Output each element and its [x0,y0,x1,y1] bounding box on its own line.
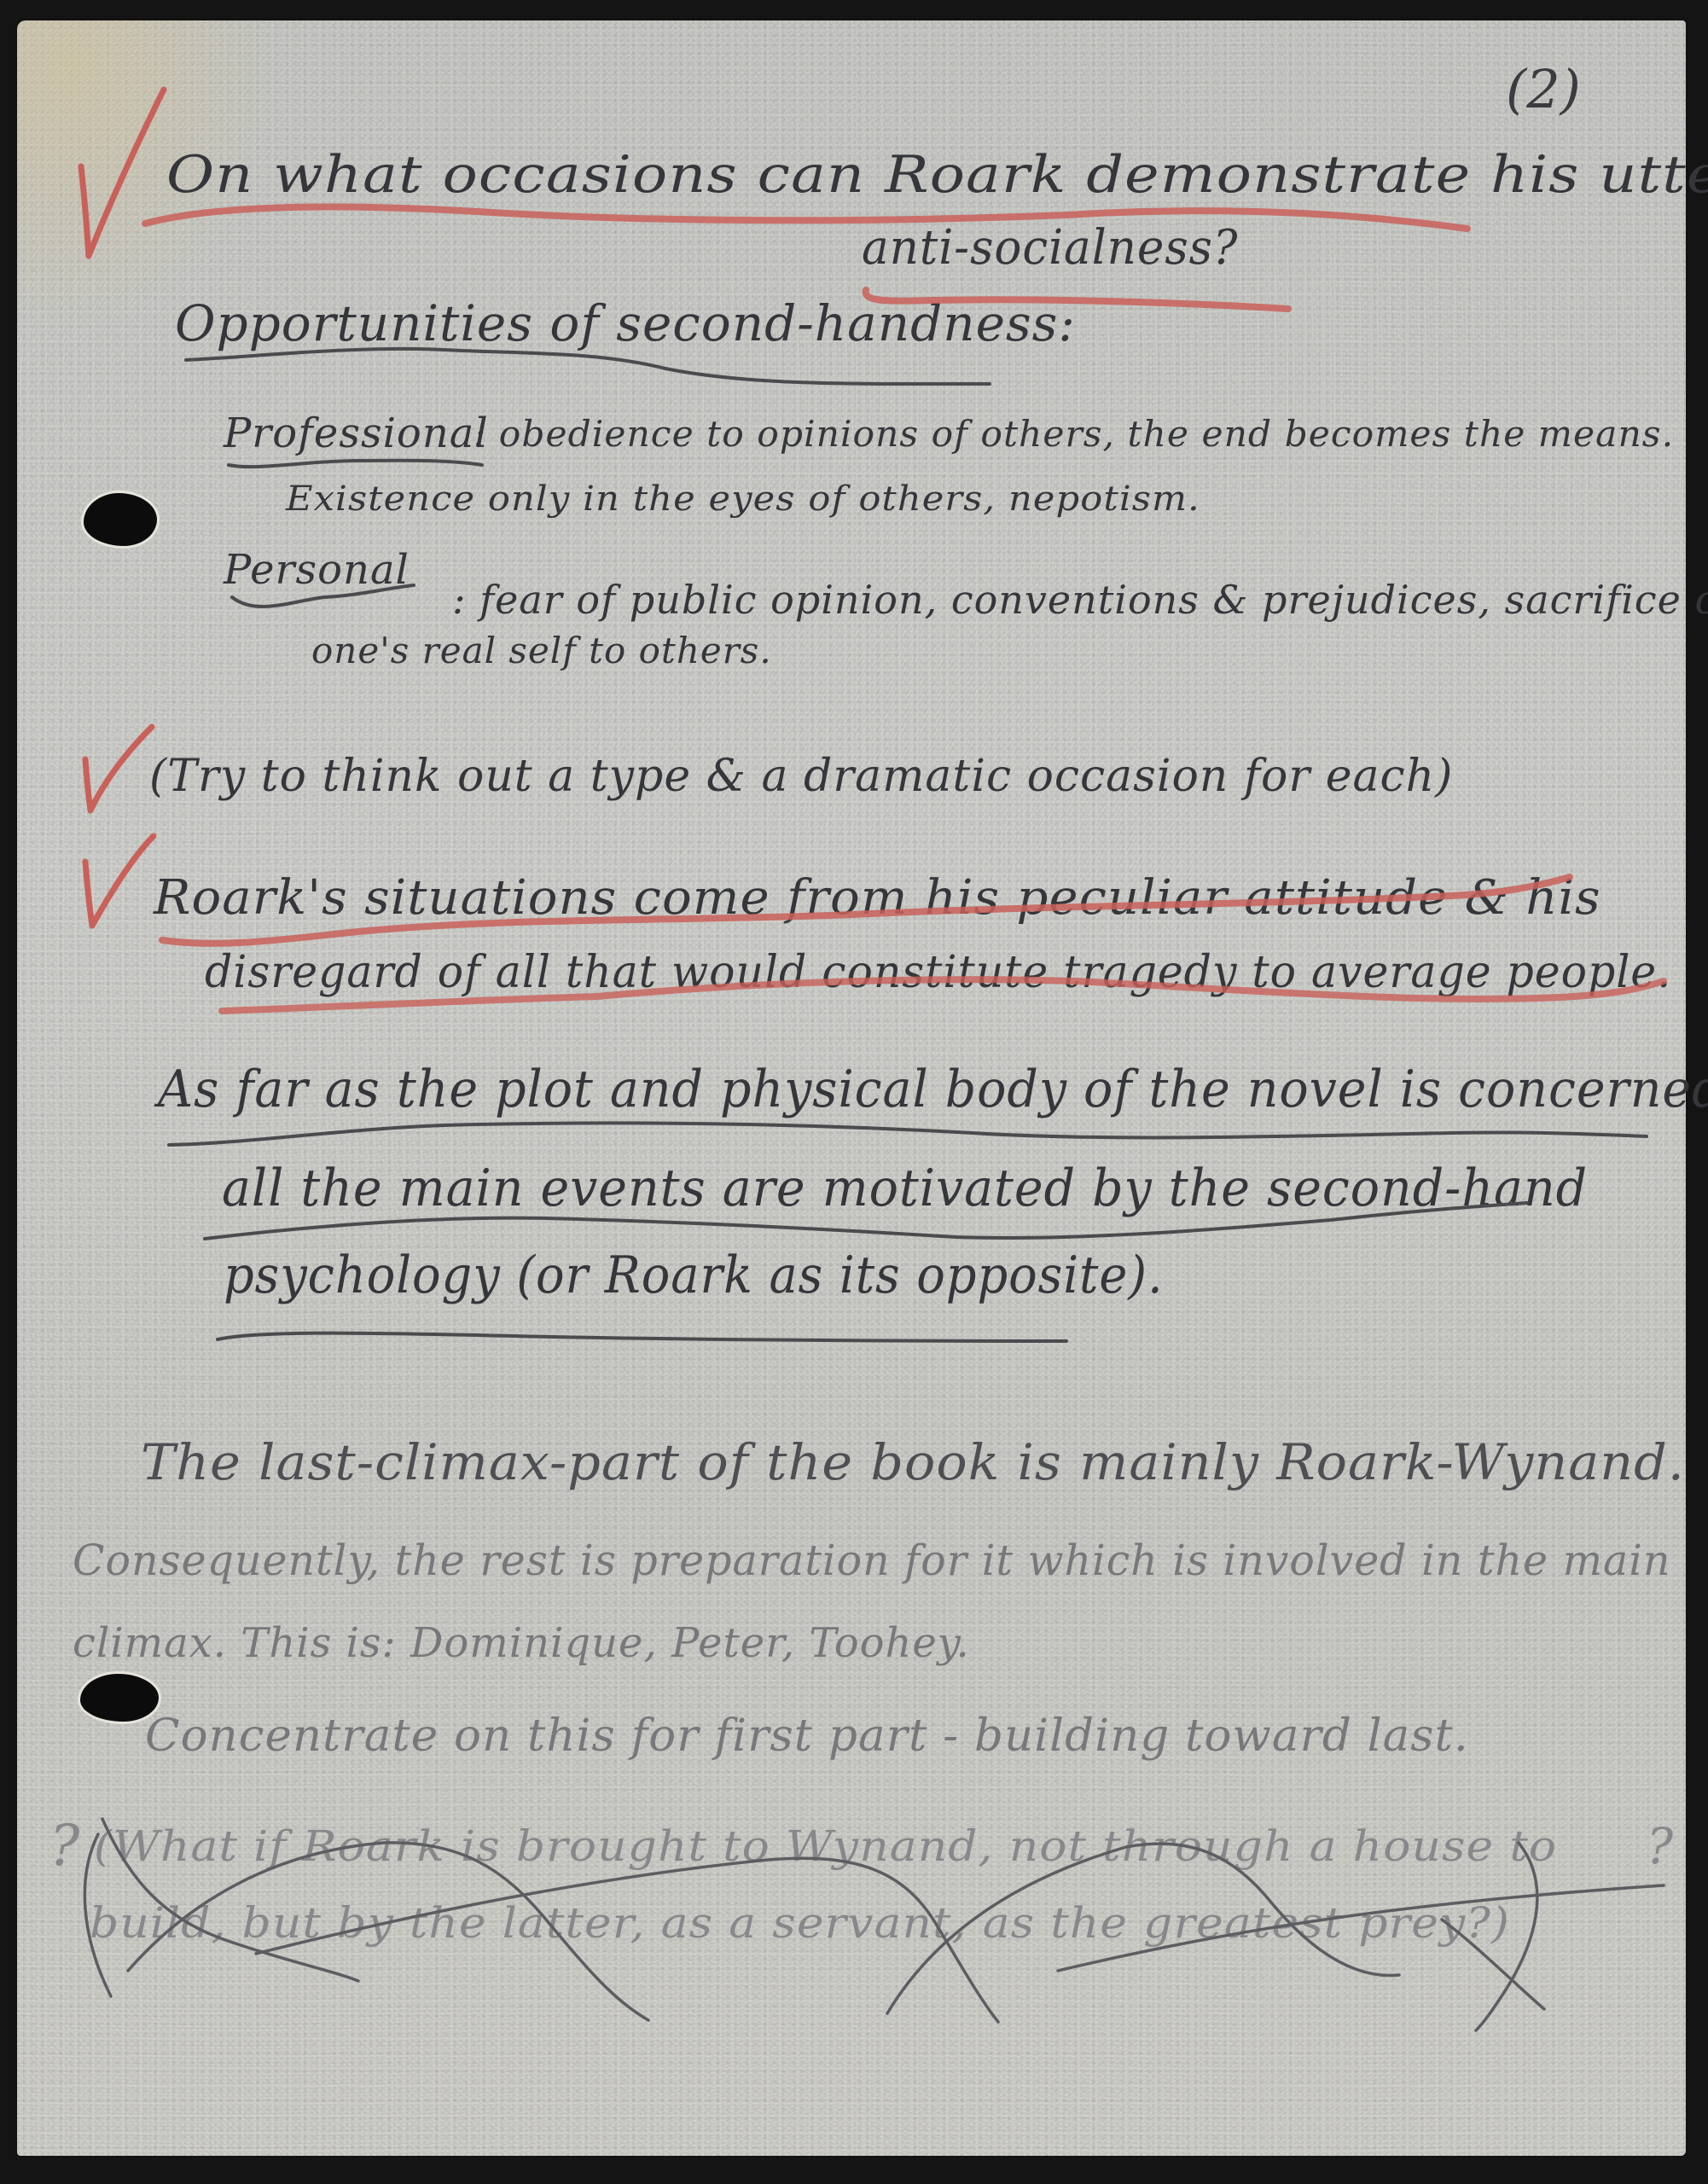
professional-line-2: Existence only in the eyes of others, ne… [286,479,1200,519]
crossed-out-line-1: (What if Roark is brought to Wynand, not… [94,1821,1557,1871]
note-try: (Try to think out a type & a dramatic oc… [149,751,1453,802]
plot-line-2: all the main events are motivated by the… [222,1159,1588,1218]
note-roark-line-1: Roark's situations come from his peculia… [154,870,1601,926]
professional-label: Professional [224,409,489,457]
plot-line-1: As far as the plot and physical body of … [158,1060,1708,1119]
crossed-left-mark: ? [49,1813,80,1879]
page-number: (2) [1506,58,1581,120]
punch-hole-top [84,493,157,546]
personal-line-2: one's real self to others. [311,630,772,671]
question-line-1: On what occasions can Roark demonstrate … [166,145,1708,205]
section-heading: Opportunities of second-handness: [175,294,1076,352]
climax-line-1: The last-climax-part of the book is main… [141,1433,1685,1491]
plot-line-3: psychology (or Roark as its opposite). [224,1246,1164,1305]
question-line-2: anti-socialness? [862,220,1238,276]
climax-line-3: climax. This is: Dominique, Peter, Toohe… [73,1619,970,1667]
crossed-out-line-2: build, but by the latter, as a servant, … [90,1898,1510,1948]
climax-line-4: Concentrate on this for first part - bui… [145,1711,1469,1762]
note-roark-line-2: disregard of all that would constitute t… [205,947,1671,998]
professional-line-1: : obedience to opinions of others, the e… [473,413,1674,455]
personal-line-1: : fear of public opinion, conventions & … [452,577,1708,623]
personal-label: Personal [224,546,410,594]
crossed-right-mark: ? [1647,1817,1674,1875]
climax-line-2: Consequently, the rest is preparation fo… [73,1536,1670,1585]
